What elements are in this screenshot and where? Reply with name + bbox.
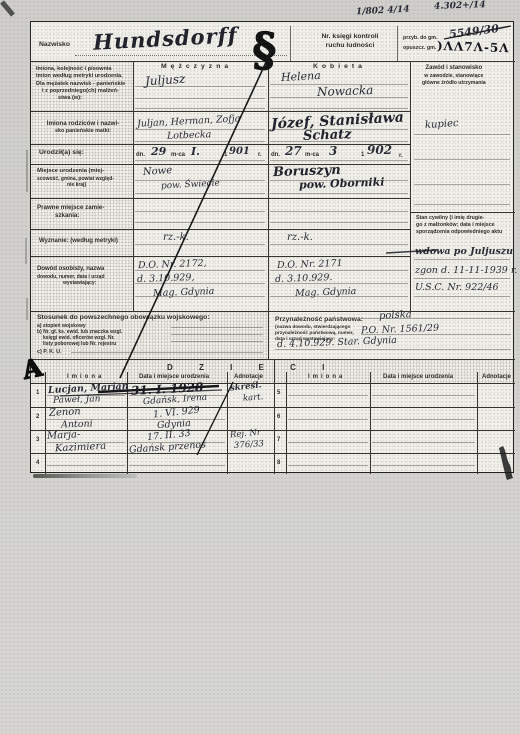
grid-line (31, 164, 410, 165)
children-col-names-right: Imiona (308, 374, 345, 382)
children-col-names-left: Imiona (67, 374, 104, 382)
residence-label-line: szkania: (37, 212, 104, 220)
male-mother-maiden: Lotbecka (167, 130, 212, 141)
names-label-line: Imiona, kolejność i pisownia (36, 66, 125, 73)
marital-death-line: zgon d. 11-11-1939 r. (415, 266, 517, 276)
male-birth-day: 29 (151, 146, 166, 157)
child-row-number: 2 (36, 414, 39, 422)
grid-line (477, 372, 478, 474)
female-birthplace-district: pow. Oborniki (299, 177, 385, 191)
write-rule (288, 419, 368, 420)
write-rule (414, 278, 510, 279)
scanned-registration-form: { "annotations": { "top_left_number": "1… (0, 0, 520, 734)
printed-dn: dn. (136, 152, 145, 160)
parents-label: Imiona rodziców i nazwi- sko panieńskie … (39, 120, 127, 135)
grid-line (370, 372, 371, 474)
military-item-c: c) P. K. U. (37, 349, 61, 356)
printed-mca: m-ca (171, 152, 185, 160)
surname-label: Nazwisko (39, 41, 70, 50)
write-rule (288, 465, 368, 466)
birth-label: Urodził(a) się: (39, 149, 84, 158)
female-column-header: Kobieta (313, 63, 366, 72)
grid-line (410, 212, 515, 213)
male-id-date: d. 3.10.929, (137, 273, 195, 284)
child-row-number: 7 (277, 437, 280, 445)
write-rule (270, 244, 408, 245)
write-rule (361, 318, 511, 319)
female-id-number: D.O. Nr. 2171 (277, 259, 343, 271)
child-3-names: Marja- (47, 430, 81, 442)
grid-line (133, 61, 134, 311)
child-row-number: 8 (277, 460, 280, 468)
marital-label-line: sporządzenia odpowiedniego aktu (416, 229, 502, 236)
profession-label-line: w zawodzie, stanowiące (422, 73, 486, 80)
male-religion: rz.-k. (163, 233, 189, 243)
birthplace-label-line: Miejsce urodzenia (miej- (37, 168, 114, 176)
names-label-line: i z poprzedniego(ch) małżeń- (36, 88, 125, 95)
write-rule (372, 442, 475, 443)
write-rule (414, 204, 510, 205)
religion-label: Wyznanie: (według metryki) (39, 238, 118, 246)
profession-label-line: główne źródło utrzymania (422, 80, 486, 87)
female-mother-maiden: Schatz (303, 128, 352, 143)
male-birthplace: Nowe (143, 166, 173, 178)
grid-line (31, 430, 515, 431)
write-rule (270, 193, 408, 194)
names-label: Imiona, kolejność i pisownia imion wedłu… (36, 66, 125, 102)
male-birth-year: 901 (229, 147, 250, 157)
marital-label-line: go z małżonków; data i miejsce (416, 222, 502, 229)
male-first-name: Juljusz (145, 73, 186, 88)
write-rule (270, 108, 408, 109)
top-right-file-number: 4.302+/14 (434, 1, 486, 12)
id-document-label-line: Dowód osobisty, nazwa (37, 266, 105, 274)
children-col-birth-right: Data i miejsce urodzenia (383, 374, 453, 382)
citizenship-label: Przynależność państwowa: (275, 316, 363, 325)
write-rule (71, 352, 263, 353)
marital-label-line: Stan cywilny (i imię drugie- (416, 215, 502, 222)
children-col-notes-right: Adnotacje (482, 374, 511, 382)
child-3-note-2: 376/33 (234, 440, 264, 451)
female-maiden-name: Nowacka (317, 84, 374, 98)
write-rule (135, 211, 265, 212)
male-id-number: D.O. Nr. 2172, (138, 259, 207, 271)
female-religion: rz.-k. (287, 233, 313, 243)
grid-line (410, 61, 411, 311)
printed-1: 1 (361, 152, 364, 160)
write-rule (135, 244, 265, 245)
child-row-number: 6 (277, 414, 280, 422)
registry-book-label: Nr. księgi kontroli ruchu ludności (307, 33, 393, 51)
grid-line (45, 372, 46, 474)
citizenship-doc-number: P.O. Nr. 1561/29 (361, 324, 439, 336)
id-document-label-line: wystawiający: (37, 280, 105, 287)
female-first-name: Helena (281, 70, 321, 83)
child-1-note: skreśl. (230, 381, 262, 393)
write-rule (171, 334, 263, 335)
male-column-header: Mężczyzna (161, 63, 232, 72)
grid-line (227, 372, 228, 474)
write-rule (135, 108, 265, 109)
child-1-names: Lucjan, Marjan (48, 382, 129, 396)
write-rule (270, 222, 408, 223)
male-birth-month: I. (191, 146, 200, 157)
write-rule (135, 98, 265, 99)
grid-line (397, 26, 398, 61)
citizenship-value: polska (379, 310, 412, 322)
child-1-note-2: kart. (243, 393, 264, 403)
write-rule (414, 134, 510, 135)
write-rule (288, 395, 368, 396)
marital-usc-line: U.S.C. Nr. 922/46 (415, 283, 499, 293)
write-rule (372, 419, 475, 420)
female-id-date: d. 3.10.929. (275, 273, 333, 284)
top-left-file-number: 1/802 4/14 (356, 6, 410, 18)
grid-line (31, 407, 515, 408)
residence-label: Prawne miejsce zamie- szkania: (37, 204, 104, 220)
female-birth-day: 27 (285, 145, 302, 157)
birthplace-label-line: nie kraj) (37, 182, 114, 189)
children-title: D Z I E C I (167, 363, 336, 373)
parents-label-line: Imiona rodziców i nazwi- (39, 120, 127, 128)
registration-card: Nazwisko Hundsdorff Nr. księgi kontroli … (30, 21, 514, 473)
female-id-office: Mag. Gdynia (295, 287, 357, 299)
birthplace-label: Miejsce urodzenia (miej- scowość, gmina,… (37, 168, 114, 189)
printed-r: r. (258, 152, 262, 160)
registry-book-label-line: Nr. księgi kontroli (307, 33, 393, 42)
child-row-number: 3 (36, 437, 39, 445)
leave-scribble: )ΛΛ7Λ-5Λ (437, 40, 510, 55)
military-title: Stosunek do powszechnego obowiązku wojsk… (37, 314, 210, 323)
write-rule (171, 341, 263, 342)
profession-label-line: Zawód i stanowisko (422, 65, 486, 73)
write-rule (372, 395, 475, 396)
child-3-note: Rej. Nr (230, 429, 262, 440)
marital-status-line: wdowa po Juljuszu (415, 247, 513, 257)
residence-label-line: Prawne miejsce zamie- (37, 204, 104, 212)
write-rule (275, 349, 511, 350)
names-label-line: stwa (w): (36, 95, 125, 102)
names-label-line: imion według metryki urodzenia. (36, 73, 125, 80)
write-rule (135, 141, 265, 142)
write-rule (372, 465, 475, 466)
write-rule (288, 442, 368, 443)
male-parents-names: Juljan, Herman, Zofja (137, 114, 241, 129)
male-id-office: Mag. Gdynia (153, 287, 215, 299)
write-rule (270, 211, 408, 212)
surname-value: Hundsdorff (93, 24, 239, 53)
arrive-number: 5549/30 (449, 23, 500, 40)
corner-blemish (2, 2, 13, 15)
grid-line (31, 256, 410, 257)
printed-mca: m-ca (305, 152, 319, 160)
printer-mark (33, 474, 137, 478)
write-rule (414, 259, 510, 260)
section-stamp: § (250, 25, 277, 73)
registry-book-label-line: ruchu ludności (307, 42, 393, 51)
profession-label: Zawód i stanowisko w zawodzie, stanowiąc… (422, 65, 486, 86)
grid-line (268, 61, 269, 359)
female-birth-month: 3 (329, 145, 337, 157)
write-rule (129, 465, 225, 466)
grid-line (31, 144, 410, 145)
parents-label-line: sko panieńskie matki: (39, 128, 127, 135)
child-2-names: Zenon (49, 407, 81, 419)
military-item-b3: listy poborowej lub Nr. rejestru (43, 341, 116, 348)
write-rule (414, 159, 510, 160)
grid-line (31, 359, 515, 360)
profession-value: kupiec (425, 119, 459, 131)
arrive-label: przyb. do gm. (403, 35, 437, 42)
grid-line (31, 198, 410, 199)
names-label-line: Dla mężatek nazwisk - panieńskie (36, 81, 125, 88)
write-rule (135, 193, 265, 194)
write-rule (171, 327, 263, 328)
child-row-number: 4 (36, 460, 39, 468)
write-rule (414, 184, 510, 185)
grid-line (31, 453, 515, 454)
grid-line (274, 359, 275, 474)
grid-line (31, 311, 515, 312)
child-row-number: 5 (277, 390, 280, 398)
write-rule (414, 296, 510, 297)
grid-line (290, 26, 291, 61)
write-rule (135, 222, 265, 223)
leave-label: opuszcz. gm. (403, 45, 436, 52)
male-birthplace-district: pow. Świecie (161, 179, 220, 191)
female-birth-year: 902 (367, 144, 392, 156)
child-row-number: 1 (36, 390, 39, 398)
grid-line (286, 372, 287, 474)
grid-line (31, 229, 410, 230)
printed-dn: dn. (271, 152, 280, 160)
marital-label: Stan cywilny (i imię drugie- go z małżon… (416, 215, 502, 236)
id-document-label: Dowód osobisty, nazwa dowodu, numer, dat… (37, 266, 105, 287)
printed-r: r. (399, 153, 403, 161)
child-1-names-2: Paweł, Jan (53, 395, 101, 406)
write-rule (47, 465, 125, 466)
write-rule (135, 160, 265, 161)
write-rule (270, 160, 408, 161)
citizenship-doc-date: d. 4.10.929. Star. Gdynia (277, 336, 397, 350)
printed-1: 1 (224, 152, 227, 160)
